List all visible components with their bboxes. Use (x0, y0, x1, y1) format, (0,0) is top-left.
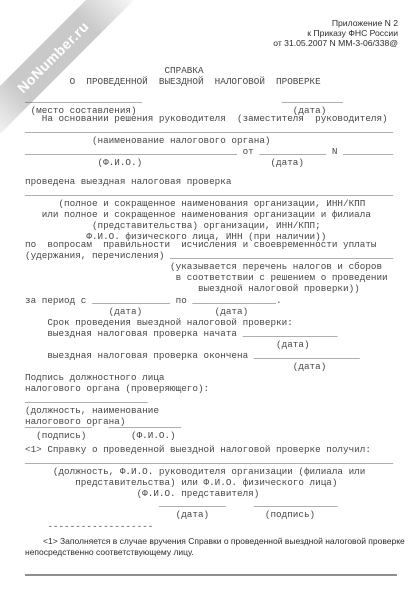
field-caption: (Ф.И.О.) (дата) (25, 157, 393, 168)
received-section: <1> Справку о проведенной выездной налог… (25, 444, 393, 499)
blank-field-line: выездная налоговая проверка начата _____… (25, 328, 360, 339)
field-caption: (представительства) организации, ИНН/КПП… (25, 220, 393, 231)
form-line: Срок проведения выездной налоговой прове… (25, 317, 360, 328)
field-caption: (должность, наименование (25, 405, 209, 416)
field-caption: (полное и сокращенное наименования орган… (25, 198, 393, 209)
field-caption: представительства) или Ф.И.О. физическог… (25, 477, 393, 488)
field-caption: или полное и сокращенное наименования ор… (25, 209, 393, 220)
field-caption: в соответствии с решением о проведении (25, 272, 393, 283)
footnote-line: непосредственно соответствующему лицу. (25, 547, 405, 558)
field-caption: выездной налоговой проверки)) (25, 283, 393, 294)
signature-row: ____________ _____________ (подпись) (Ф.… (25, 419, 181, 441)
field-caption: (наименование налогового органа) (25, 135, 393, 146)
form-line: <1> Справку о проведенной выездной налог… (25, 444, 393, 455)
appendix-header: Приложение N 2 к Приказу ФНС России от 3… (273, 18, 398, 48)
field-caption: (подпись) (Ф.И.О.) (25, 430, 181, 441)
separator-dashes: ------------------- (25, 521, 153, 532)
field-caption: (указывается перечень налогов и сборов (25, 261, 393, 272)
appendix-line: Приложение N 2 (273, 18, 398, 28)
document-page: NoNumber.ru Приложение N 2 к Приказу ФНС… (0, 0, 420, 600)
blank-field-line: за период с ______________ по __________… (25, 295, 282, 306)
bottom-rule (25, 574, 397, 576)
date-signature-row: ____________ _______________ (дата) (под… (25, 498, 337, 520)
basis-section: На основании решения руководителя (замес… (25, 113, 393, 168)
blank-field-line: (удержания, перечисления) ______________… (25, 250, 393, 261)
blank-field-line: ____________ _______________ (25, 498, 337, 509)
blank-field-line: ________________________________________… (25, 187, 393, 198)
appendix-line: от 31.05.2007 N ММ-3-06/338@ (273, 38, 398, 48)
blank-field-line: выездная налоговая проверка окончена ___… (25, 350, 360, 361)
period-row: за период с ______________ по __________… (25, 295, 282, 317)
form-line: проведена выездная налоговая проверка (25, 176, 393, 187)
footnote: <1> Заполняется в случае вручения Справк… (25, 536, 405, 558)
field-caption: (дата) (25, 361, 360, 372)
appendix-line: к Приказу ФНС России (273, 28, 398, 38)
blank-field-line: ____________ _____________ (25, 419, 181, 430)
blank-field-line: ______________________________________ о… (25, 146, 393, 157)
field-caption: (дата) (25, 339, 360, 350)
blank-field-line: ________________________________________… (25, 124, 393, 135)
blank-field-line: _____________________ ___________ (25, 94, 343, 105)
form-line: Подпись должностного лица (25, 372, 209, 383)
term-section: Срок проведения выездной налоговой прове… (25, 317, 360, 372)
footnote-line: <1> Заполняется в случае вручения Справк… (25, 536, 405, 547)
form-line: налогового органа (проверяющего): (25, 383, 209, 394)
field-caption: (дата) (дата) (25, 306, 282, 317)
dashed-separator: ------------------- (25, 521, 153, 532)
questions-section: по вопросам правильности исчисления и св… (25, 239, 393, 294)
subject-section: проведена выездная налоговая проверка __… (25, 176, 393, 242)
blank-field-line: ______________________ (25, 394, 209, 405)
form-line: по вопросам правильности исчисления и св… (25, 239, 393, 250)
doc-subtitle: О ПРОВЕДЕННОЙ ВЫЕЗДНОЙ НАЛОГОВОЙ ПРОВЕРК… (25, 76, 321, 87)
field-caption: (должность, Ф.И.О. руководителя организа… (25, 466, 393, 477)
field-caption: (дата) (подпись) (25, 509, 337, 520)
doc-title: СПРАВКА (25, 65, 321, 76)
title-block: СПРАВКА О ПРОВЕДЕННОЙ ВЫЕЗДНОЙ НАЛОГОВОЙ… (25, 65, 321, 87)
blank-field-line: ________________________________________… (25, 455, 393, 466)
form-line: На основании решения руководителя (замес… (25, 113, 393, 124)
